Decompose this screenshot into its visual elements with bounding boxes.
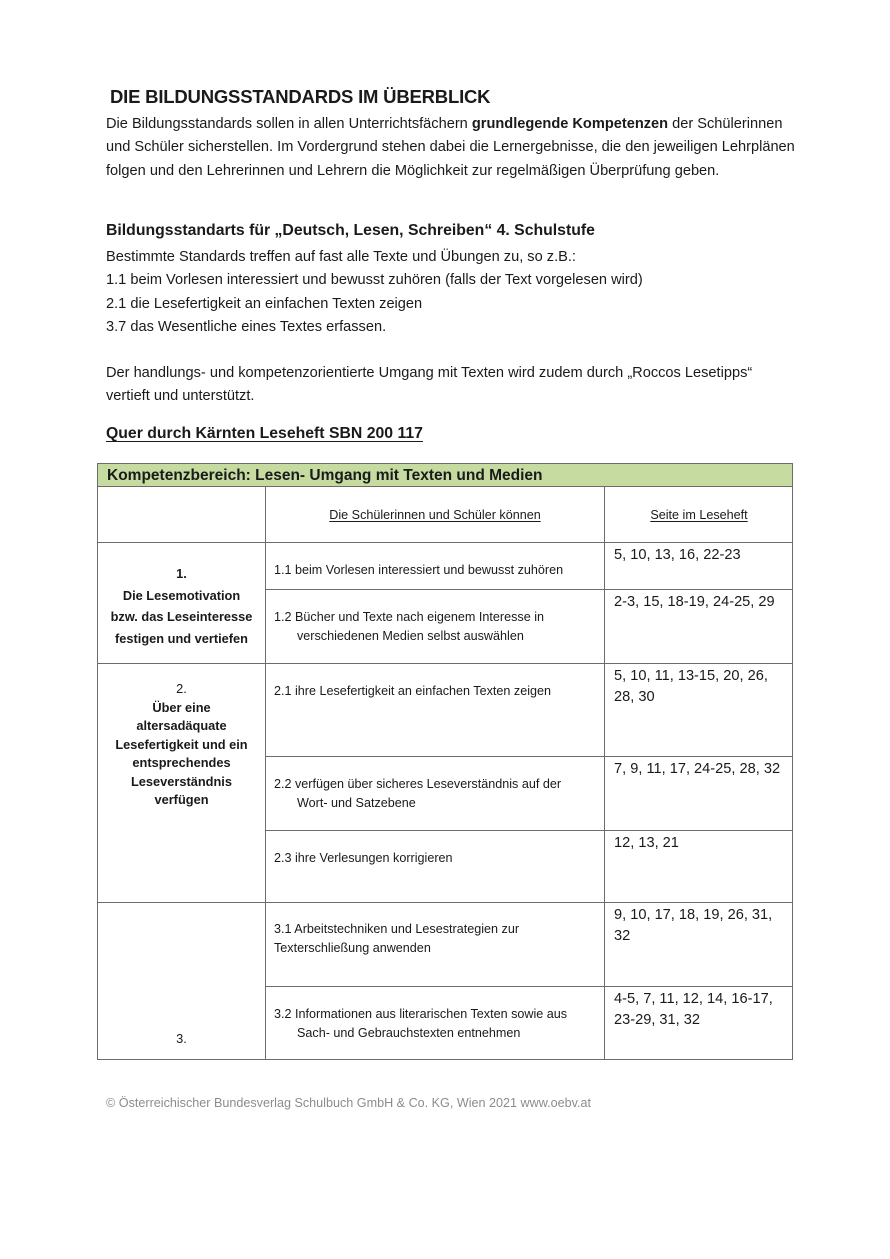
row-divider	[265, 589, 792, 590]
competence-3-2: 3.2 Informationen aus literarischen Text…	[266, 1005, 604, 1042]
competence-2-2: 2.2 verfügen über sicheres Leseverständn…	[266, 775, 604, 812]
row-divider	[265, 830, 792, 831]
table-title-bar: Kompetenzbereich: Lesen- Umgang mit Text…	[98, 464, 792, 487]
intro-text-start: Die Bildungsstandards sollen in allen Un…	[106, 116, 472, 132]
competence-text: 3.1 Arbeitstechniken und Lesestrategien …	[274, 920, 598, 939]
competence-text: verschiedenen Medien selbst auswählen	[274, 627, 598, 646]
pages-2-2: 7, 9, 11, 17, 24-25, 28, 32	[605, 758, 793, 780]
area-label-line: festigen und vertiefen	[98, 628, 265, 650]
pages-line: 4-5, 7, 11, 12, 14, 16-17,	[614, 989, 793, 1010]
competence-1-2: 1.2 Bücher und Texte nach eigenem Intere…	[266, 608, 604, 645]
example-item: 1.1 beim Vorlesen interessiert und bewus…	[106, 269, 796, 292]
pages-line: 23-29, 31, 32	[614, 1010, 793, 1031]
area-label-line: Leseverständnis	[98, 773, 265, 792]
competence-text: 2.3 ihre Verlesungen korrigieren	[274, 849, 598, 868]
competence-text: 2.2 verfügen über sicheres Leseverständn…	[274, 775, 598, 794]
area-label-line: bzw. das Leseinteresse	[98, 606, 265, 628]
pages-2-1: 5, 10, 11, 13-15, 20, 26, 28, 30	[605, 665, 793, 707]
book-title: Quer durch Kärnten Leseheft SBN 200 117	[106, 425, 423, 443]
standards-examples: Bestimmte Standards treffen auf fast all…	[106, 246, 796, 339]
pages-line: 32	[614, 926, 793, 947]
area-1-label: 1. Die Lesemotivation bzw. das Leseinter…	[98, 563, 265, 649]
competence-1-1: 1.1 beim Vorlesen interessiert und bewus…	[266, 561, 604, 580]
area-label-line: altersadäquate	[98, 717, 265, 736]
row-divider	[265, 756, 792, 757]
row-divider	[98, 902, 792, 903]
column-header-pages: Seite im Leseheft	[605, 506, 793, 525]
competence-text: Sach- und Gebrauchstexten entnehmen	[274, 1024, 598, 1043]
pages-2-3: 12, 13, 21	[605, 832, 793, 854]
pages-3-2: 4-5, 7, 11, 12, 14, 16-17, 23-29, 31, 32	[605, 988, 793, 1030]
competence-table: Kompetenzbereich: Lesen- Umgang mit Text…	[97, 463, 793, 1060]
intro-bold-text: grundlegende Kompetenzen	[472, 116, 668, 132]
area-number: 1.	[98, 563, 265, 585]
area-3-label: 3.	[98, 1028, 265, 1050]
copyright-footer: © Österreichischer Bundesverlag Schulbuc…	[106, 1096, 591, 1110]
row-divider	[98, 663, 792, 664]
pages-line: 5, 10, 11, 13-15, 20, 26,	[614, 666, 793, 687]
intro-paragraph: Die Bildungsstandards sollen in allen Un…	[106, 113, 796, 183]
competence-text: Wort- und Satzebene	[274, 794, 598, 813]
column-header-competence: Die Schülerinnen und Schüler können	[266, 506, 604, 525]
area-number: 2.	[98, 680, 265, 699]
competence-text: 3.2 Informationen aus literarischen Text…	[274, 1005, 598, 1024]
area-label-line: Lesefertigkeit und ein	[98, 736, 265, 755]
pages-line: 28, 30	[614, 687, 793, 708]
pages-3-1: 9, 10, 17, 18, 19, 26, 31, 32	[605, 904, 793, 946]
row-divider	[265, 986, 792, 987]
example-item: 2.1 die Lesefertigkeit an einfachen Text…	[106, 293, 796, 316]
area-label-line: Die Lesemotivation	[98, 585, 265, 607]
pages-line: 9, 10, 17, 18, 19, 26, 31,	[614, 905, 793, 926]
example-item: 3.7 das Wesentliche eines Textes erfasse…	[106, 316, 796, 339]
page-title: DIE BILDUNGSSTANDARDS IM ÜBERBLICK	[110, 86, 490, 108]
competence-text: 1.1 beim Vorlesen interessiert und bewus…	[274, 561, 598, 580]
standards-heading: Bildungsstandarts für „Deutsch, Lesen, S…	[106, 222, 595, 240]
pages-1-1: 5, 10, 13, 16, 22-23	[605, 544, 793, 566]
closing-paragraph: Der handlungs- und kompetenzorientierte …	[106, 362, 796, 409]
area-2-label: 2. Über eine altersadäquate Lesefertigke…	[98, 680, 265, 810]
competence-2-3: 2.3 ihre Verlesungen korrigieren	[266, 849, 604, 868]
row-divider	[98, 542, 792, 543]
area-label-line: Über eine	[98, 699, 265, 718]
competence-2-1: 2.1 ihre Lesefertigkeit an einfachen Tex…	[266, 682, 604, 701]
area-number: 3.	[98, 1028, 265, 1050]
competence-text: Texterschließung anwenden	[274, 939, 598, 958]
competence-text: 2.1 ihre Lesefertigkeit an einfachen Tex…	[274, 682, 598, 701]
competence-3-1: 3.1 Arbeitstechniken und Lesestrategien …	[266, 920, 604, 957]
examples-lead: Bestimmte Standards treffen auf fast all…	[106, 246, 796, 269]
pages-1-2: 2-3, 15, 18-19, 24-25, 29	[605, 591, 793, 613]
area-label-line: entsprechendes	[98, 754, 265, 773]
area-label-line: verfügen	[98, 791, 265, 810]
competence-text: 1.2 Bücher und Texte nach eigenem Intere…	[274, 608, 598, 627]
